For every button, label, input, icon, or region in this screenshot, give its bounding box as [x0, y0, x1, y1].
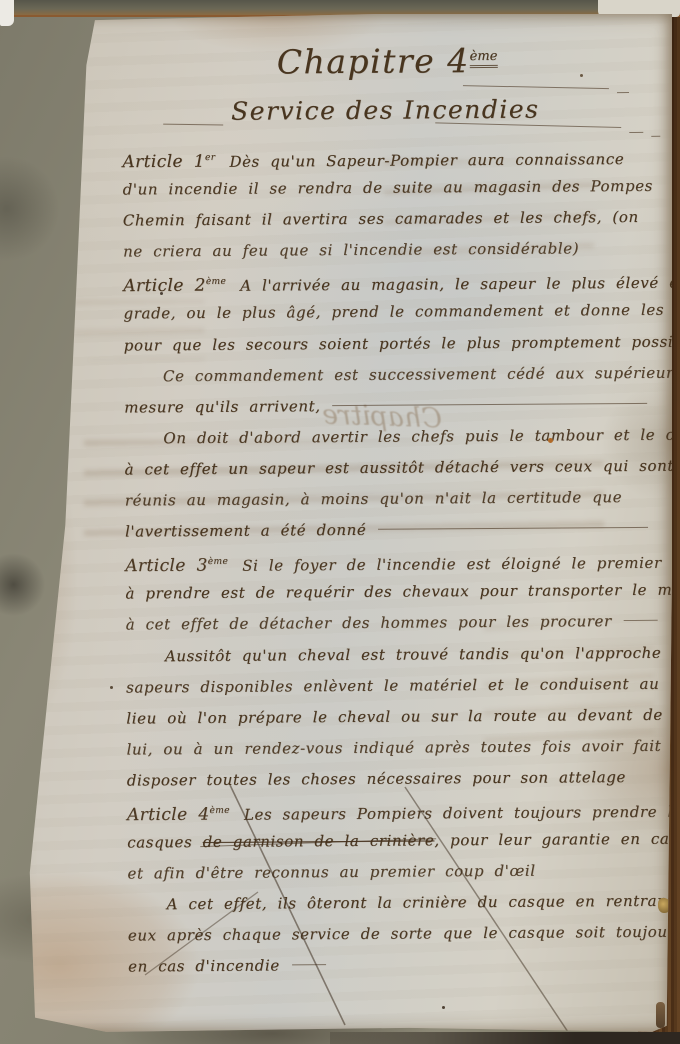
- manuscript-line: Article 1erDès qu'un Sapeur-Pompier aura…: [11, 140, 659, 176]
- manuscript-line: mesure qu'ils arrivent,: [13, 389, 661, 425]
- article-label: Article 1er: [122, 143, 215, 178]
- line-text: d'un incendie il se rendra de suite au m…: [123, 171, 654, 206]
- line-text: lieu où l'on prépare le cheval ou sur la…: [126, 699, 663, 734]
- manuscript-line: Chemin faisant il avertira ses camarades…: [12, 202, 660, 238]
- line-text: eux après chaque service de sorte que le…: [128, 917, 680, 952]
- manuscript-line: A cet effet, ils ôteront la crinière du …: [17, 886, 665, 922]
- manuscript-line: lieu où l'on prépare le cheval ou sur la…: [15, 699, 663, 735]
- manuscript-lines: Article 1erDès qu'un Sapeur-Pompier aura…: [11, 140, 665, 984]
- manuscript-line: eux après chaque service de sorte que le…: [17, 917, 665, 953]
- manuscript-line: ne criera au feu que si l'incendie est c…: [12, 233, 660, 269]
- chapter-subtitle: Service des Incendies: [231, 95, 540, 126]
- ink-rule: [163, 124, 223, 126]
- manuscript-line: Article 4èmeLes sapeurs Pompiers doivent…: [16, 793, 664, 829]
- line-text: pour que les secours soient portés le pl…: [124, 326, 680, 361]
- line-text: Les sapeurs Pompiers doivent toujours pr…: [244, 796, 680, 830]
- ink-speck: [580, 74, 583, 77]
- line-text: en cas d'incendie: [128, 951, 280, 983]
- manuscript-line: d'un incendie il se rendra de suite au m…: [12, 171, 660, 207]
- line-text: ne criera au feu que si l'incendie est c…: [123, 234, 579, 268]
- line-text: grade, ou le plus âgé, prend le commande…: [123, 295, 680, 330]
- chapter-title-text: Chapitre 4: [277, 41, 470, 81]
- chapter-title-superscript: ème: [470, 49, 498, 68]
- ink-rule: [629, 132, 643, 133]
- handwritten-content: Chapitre 4ème Service des Incendies Arti…: [10, 12, 675, 1039]
- line-text: disposer toutes les choses nécessaires p…: [127, 762, 626, 797]
- manuscript-line: à cet effet de détacher des hommes pour …: [15, 606, 663, 642]
- line-text: à cet effet de détacher des hommes pour …: [126, 607, 612, 641]
- binding-thread: [656, 1002, 665, 1028]
- article-label: Article 4ème: [127, 796, 230, 831]
- ink-rule: [292, 965, 326, 966]
- chapter-title: Chapitre 4ème: [277, 41, 498, 82]
- line-text: Ce commandement est successivement cédé …: [163, 357, 680, 392]
- manuscript-line: Ce commandement est successivement cédé …: [13, 357, 661, 393]
- manuscript-line: lui, ou à un rendez-vous indiqué après t…: [15, 731, 663, 767]
- ink-rule: [463, 85, 609, 89]
- line-text: On doit d'abord avertir les chefs puis l…: [163, 419, 680, 454]
- manuscript-line: réunis au magasin, à moins qu'on n'ait l…: [14, 482, 662, 518]
- ink-rule: [333, 403, 648, 406]
- line-text: réunis au magasin, à moins qu'on n'ait l…: [125, 482, 623, 517]
- line-text: sapeurs disponibles enlèvent le matériel…: [126, 668, 659, 703]
- ink-speck: [110, 686, 113, 689]
- manuscript-line: à cet effet un sapeur est aussitôt détac…: [14, 451, 662, 487]
- photo-of-manuscript: { "document": { "title": { "text": "Chap…: [0, 0, 680, 1044]
- ink-speck: [160, 292, 163, 295]
- ink-rule: [617, 92, 629, 93]
- manuscript-line: Article 3èmeSi le foyer de l'incendie es…: [14, 544, 662, 580]
- ink-rule: [378, 527, 648, 530]
- manuscript-line: pour que les secours soient portés le pl…: [13, 326, 661, 362]
- line-text: l'avertissement a été donné: [125, 515, 367, 548]
- line-text: A cet effet, ils ôteront la crinière du …: [167, 886, 680, 921]
- line-text: à cet effet un sapeur est aussitôt détac…: [125, 451, 675, 486]
- line-text: Aussitôt qu'un cheval est trouvé tandis …: [165, 637, 680, 672]
- manuscript-line: grade, ou le plus âgé, prend le commande…: [12, 295, 660, 331]
- manuscript-page: Chapitre Chapitre 4ème Service des Incen…: [14, 14, 672, 1036]
- line-text: mesure qu'ils arrivent,: [124, 391, 321, 423]
- manuscript-line: et afin d'être reconnus au premier coup …: [16, 855, 664, 891]
- manuscript-line: l'avertissement a été donné: [14, 513, 662, 549]
- article-label: Article 3ème: [125, 547, 228, 582]
- article-label: Article 2ème: [123, 267, 226, 302]
- ink-speck: [442, 1006, 445, 1009]
- line-text: Chemin faisant il avertira ses camarades…: [123, 202, 639, 237]
- struck-text: de garnison de la crinière: [203, 831, 435, 851]
- manuscript-line: Aussitôt qu'un cheval est trouvé tandis …: [15, 637, 663, 673]
- manuscript-line: On doit d'abord avertir les chefs puis l…: [13, 420, 661, 456]
- line-text: lui, ou à un rendez-vous indiqué après t…: [126, 731, 661, 766]
- manuscript-line: disposer toutes les choses nécessaires p…: [16, 762, 664, 798]
- white-paper-scrap: [0, 0, 14, 26]
- book-bottom-shadow: [330, 1032, 680, 1044]
- ink-rule: [624, 620, 658, 621]
- ink-rule: [651, 136, 660, 137]
- line-text: Si le foyer de l'incendie est éloigné le…: [242, 547, 680, 581]
- rust-spot: [548, 438, 553, 443]
- line-text: et afin d'être reconnus au premier coup …: [127, 856, 535, 890]
- manuscript-line: en cas d'incendie: [17, 948, 665, 984]
- manuscript-line: Article 2èmeA l'arrivée au magasin, le s…: [12, 264, 660, 300]
